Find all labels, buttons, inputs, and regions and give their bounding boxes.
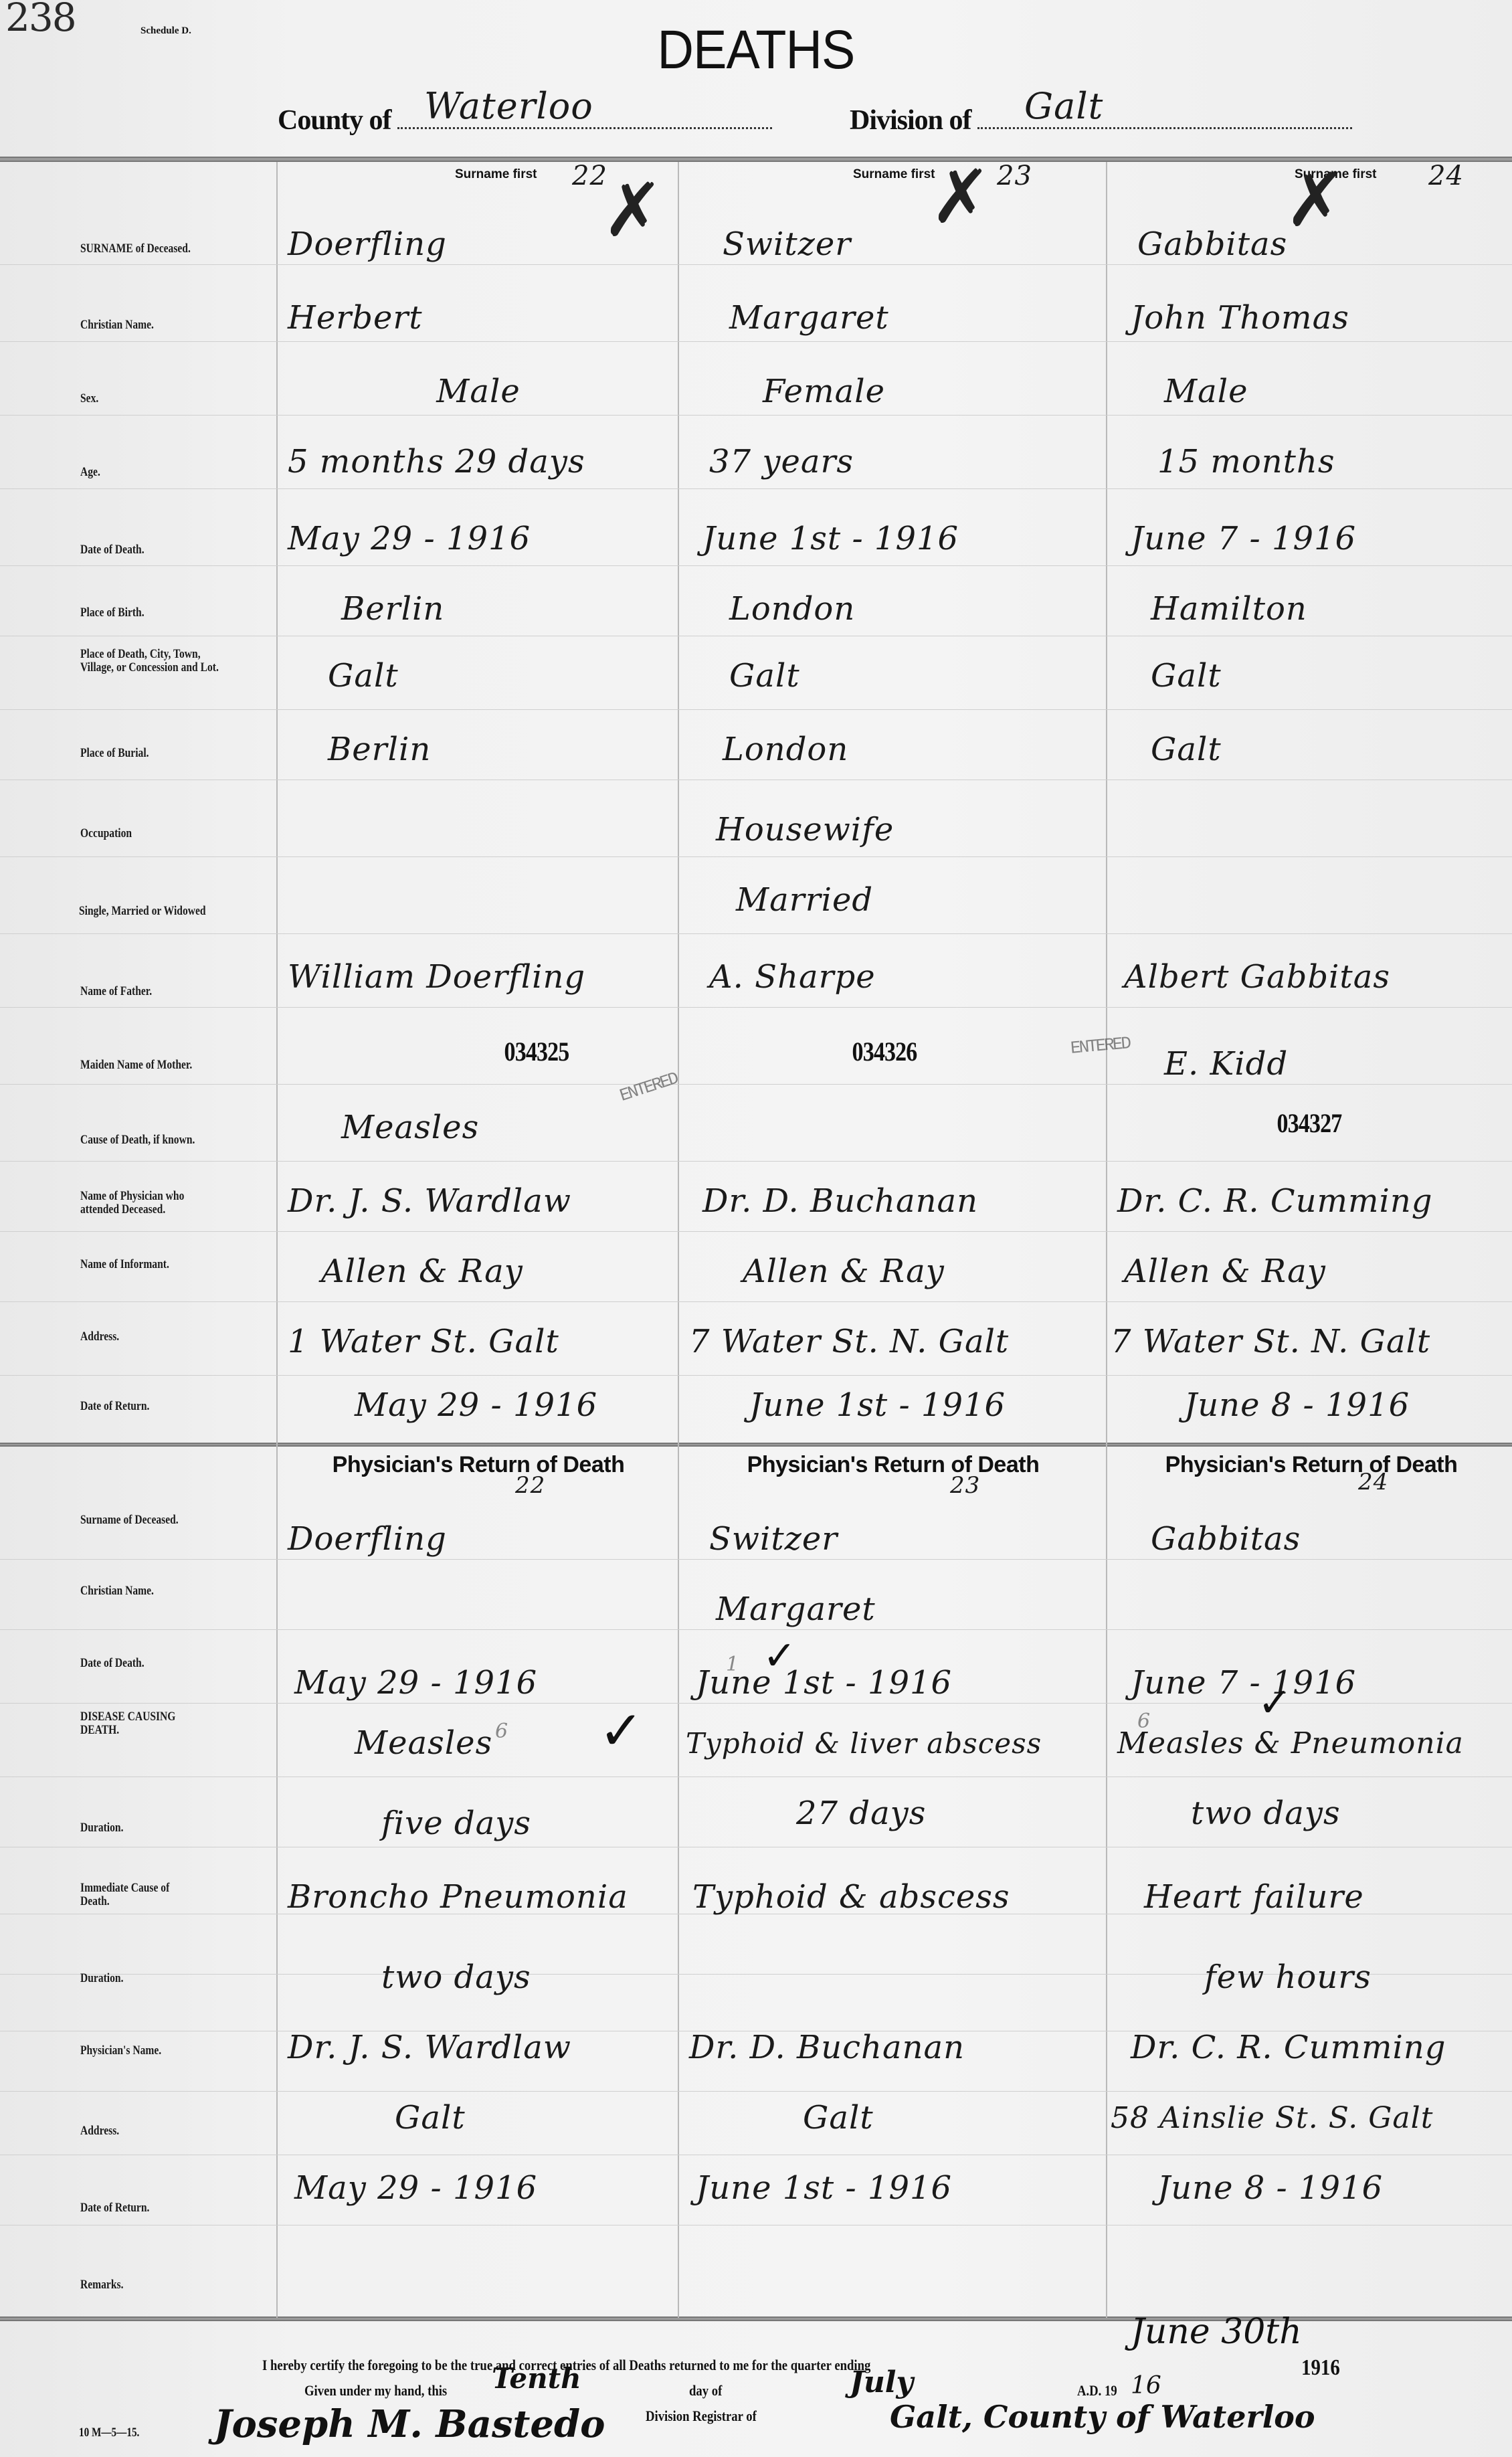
phys-label-surname: Surname of Deceased. xyxy=(80,1514,240,1527)
reg2-surname: Switzer xyxy=(682,214,1104,274)
physician-return-header-2: Physician's Return of Death xyxy=(682,1452,1104,1478)
division-field: Division of Galt xyxy=(850,100,1352,136)
reg3-christian-name: John Thomas xyxy=(1111,288,1512,348)
reg3-father: Albert Gabbitas xyxy=(1111,947,1512,1007)
label-place-of-death: Place of Death, City, Town, Village, or … xyxy=(80,648,234,674)
phys2-annotation: 1 xyxy=(726,1653,739,1676)
label-date-of-death: Date of Death. xyxy=(80,543,240,557)
reg1-father: William Doerfling xyxy=(281,947,676,1007)
column-divider-labels xyxy=(276,162,278,2318)
phys3-immediate-duration: few hours xyxy=(1111,1947,1512,2007)
registrar-signature: Joseph M. Bastedo xyxy=(214,2402,605,2446)
page-title: DEATHS xyxy=(60,19,1451,82)
division-value: Galt xyxy=(1024,85,1103,127)
reg2-marital-status: Married xyxy=(682,870,1104,930)
reg2-christian-name: Margaret xyxy=(682,288,1104,348)
phys3-physician-name: Dr. C. R. Cumming xyxy=(1111,2017,1512,2078)
phys3-surname: Gabbitas xyxy=(1111,1509,1512,1569)
reg3-place-of-burial: Galt xyxy=(1111,719,1512,780)
label-father: Name of Father. xyxy=(80,985,240,998)
phys-label-address: Address. xyxy=(80,2124,240,2138)
reg2-cause-of-death xyxy=(682,1097,1104,1158)
label-informant: Name of Informant. xyxy=(80,1258,240,1271)
reg3-place-of-birth: Hamilton xyxy=(1111,579,1512,639)
phys3-remarks xyxy=(1111,2255,1512,2315)
reg2-age: 37 years xyxy=(682,432,1104,492)
phys2-immediate-cause: Typhoid & abscess xyxy=(682,1867,1104,1927)
reg1-age: 5 months 29 days xyxy=(281,432,676,492)
phys1-immediate-cause: Broncho Pneumonia xyxy=(281,1867,676,1927)
reg1-date-of-death: May 29 - 1916 xyxy=(281,509,676,569)
phys2-disease: Typhoid & liver abscess xyxy=(682,1713,1104,1773)
column-divider-2-3 xyxy=(1106,162,1107,2318)
quarter-year-value: 1916 xyxy=(1301,2355,1340,2381)
reg2-place-of-birth: London xyxy=(682,579,1104,639)
phys3-address: 58 Ainslie St. S. Galt xyxy=(1111,2088,1512,2148)
phys-label-disease: DISEASE CAUSING DEATH. xyxy=(80,1710,201,1737)
phys2-christian-name: Margaret xyxy=(682,1579,1104,1639)
reg1-marital-status xyxy=(281,870,676,930)
quarter-ending-value: June 30th xyxy=(1131,2312,1302,2352)
reg3-date-of-return: June 8 - 1916 xyxy=(1111,1375,1512,1435)
registrar-of-value: Galt, County of Waterloo xyxy=(890,2399,1315,2435)
reg2-address: 7 Water St. N. Galt xyxy=(682,1311,1104,1372)
reg3-sex: Male xyxy=(1111,361,1512,422)
phys1-annotation: 6 xyxy=(495,1720,508,1743)
phys2-address: Galt xyxy=(682,2088,1104,2148)
reg1-physician: Dr. J. S. Wardlaw xyxy=(281,1171,676,1231)
phys3-date-of-return: June 8 - 1916 xyxy=(1111,2158,1512,2218)
reg2-sex: Female xyxy=(682,361,1104,422)
phys-label-date-of-return: Date of Return. xyxy=(80,2201,240,2215)
phys1-address: Galt xyxy=(281,2088,676,2148)
county-value: Waterloo xyxy=(424,85,593,127)
reg2-date-of-return: June 1st - 1916 xyxy=(682,1375,1104,1435)
ad-label: A.D. 19 xyxy=(1077,2382,1117,2399)
label-place-of-birth: Place of Birth. xyxy=(80,606,240,620)
label-mother-maiden-name: Maiden Name of Mother. xyxy=(80,1059,240,1072)
check-mark-icon: ✓ xyxy=(599,1700,644,1762)
label-occupation: Occupation xyxy=(80,827,240,840)
reg1-occupation xyxy=(281,800,676,860)
phys2-surname: Switzer xyxy=(682,1509,1104,1569)
phys1-christian-name xyxy=(281,1579,676,1639)
reg1-place-of-birth: Berlin xyxy=(281,579,676,639)
label-age: Age. xyxy=(80,466,240,479)
phys1-duration: five days xyxy=(281,1793,676,1853)
reg1-christian-name: Herbert xyxy=(281,288,676,348)
phys-label-immediate-cause: Immediate Cause of Death. xyxy=(80,1882,190,1908)
division-registrar-label: Division Registrar of xyxy=(646,2407,757,2425)
phys2-physician-name: Dr. D. Buchanan xyxy=(682,2017,1104,2078)
reg3-cause-of-death xyxy=(1111,1097,1512,1158)
label-date-of-return: Date of Return. xyxy=(80,1400,240,1413)
label-address: Address. xyxy=(80,1330,240,1344)
reg1-place-of-death: Galt xyxy=(281,646,676,706)
physician-entry-number-3: 24 xyxy=(1358,1469,1388,1495)
phys1-immediate-duration: two days xyxy=(281,1947,676,2007)
day-value: Tenth xyxy=(492,2362,581,2395)
surname-first-header-2: Surname first xyxy=(853,167,935,182)
label-place-of-burial: Place of Burial. xyxy=(80,747,240,760)
phys-label-remarks: Remarks. xyxy=(80,2278,240,2292)
reg1-cause-of-death: Measles xyxy=(281,1097,676,1158)
physician-entry-number-1: 22 xyxy=(515,1472,545,1499)
phys-label-physician-name: Physician's Name. xyxy=(80,2044,240,2058)
phys1-date-of-return: May 29 - 1916 xyxy=(281,2158,676,2218)
reg1-date-of-return: May 29 - 1916 xyxy=(281,1375,676,1435)
reg2-informant: Allen & Ray xyxy=(682,1241,1104,1301)
phys3-duration: two days xyxy=(1111,1783,1512,1843)
phys3-disease: Measles & Pneumonia xyxy=(1111,1713,1512,1773)
phys2-duration: 27 days xyxy=(682,1783,1104,1843)
phys3-christian-name xyxy=(1111,1579,1512,1639)
phys3-date-of-death: June 7 - 1916 xyxy=(1111,1653,1512,1713)
reg1-surname: Doerfling xyxy=(281,214,676,274)
reg3-age: 15 months xyxy=(1111,432,1512,492)
county-field: County of Waterloo xyxy=(278,100,772,136)
phys1-remarks xyxy=(281,2255,676,2315)
phys3-immediate-cause: Heart failure xyxy=(1111,1867,1512,1927)
physician-return-header-3: Physician's Return of Death xyxy=(1111,1452,1512,1478)
ad-year-value: 16 xyxy=(1131,2372,1161,2399)
physician-return-header-1: Physician's Return of Death xyxy=(281,1452,676,1478)
reg1-sex: Male xyxy=(281,361,676,422)
entry-number-2: 23 xyxy=(997,161,1032,191)
reg2-place-of-burial: London xyxy=(682,719,1104,780)
reg2-father: A. Sharpe xyxy=(682,947,1104,1007)
label-christian-name: Christian Name. xyxy=(80,318,240,332)
phys1-physician-name: Dr. J. S. Wardlaw xyxy=(281,2017,676,2078)
reg1-address: 1 Water St. Galt xyxy=(281,1311,676,1372)
reg3-surname: Gabbitas xyxy=(1111,214,1512,274)
county-label: County of xyxy=(278,105,391,136)
section-divider xyxy=(0,1443,1512,1447)
label-attending-physician: Name of Physician who attended Deceased. xyxy=(80,1190,217,1216)
reg1-informant: Allen & Ray xyxy=(281,1241,676,1301)
reg1-place-of-burial: Berlin xyxy=(281,719,676,780)
reg2-occupation: Housewife xyxy=(682,800,1104,860)
reg3-occupation xyxy=(1111,800,1512,860)
surname-first-header-1: Surname first xyxy=(455,167,537,182)
physician-entry-number-2: 23 xyxy=(950,1472,980,1499)
phys-label-date-of-death: Date of Death. xyxy=(80,1657,240,1670)
reg3-address: 7 Water St. N. Galt xyxy=(1111,1311,1512,1372)
label-surname: SURNAME of Deceased. xyxy=(80,242,240,256)
check-mark-icon: ✓ xyxy=(763,1633,796,1679)
day-of-label: day of xyxy=(689,2382,722,2399)
form-code: 10 M—5—15. xyxy=(79,2426,139,2440)
reg2-registration-number: 034326 xyxy=(852,1036,917,1067)
phys-label-duration: Duration. xyxy=(80,1821,240,1835)
column-divider-1-2 xyxy=(678,162,679,2318)
reg2-place-of-death: Galt xyxy=(682,646,1104,706)
division-label: Division of xyxy=(850,105,971,136)
phys2-remarks xyxy=(682,2255,1104,2315)
phys-label-christian-name: Christian Name. xyxy=(80,1584,240,1598)
phys2-date-of-return: June 1st - 1916 xyxy=(682,2158,1104,2218)
reg3-informant: Allen & Ray xyxy=(1111,1241,1512,1301)
entry-number-3: 24 xyxy=(1428,161,1464,191)
phys2-immediate-duration xyxy=(682,1947,1104,2007)
given-under-hand-label: Given under my hand, this xyxy=(304,2382,447,2399)
reg3-date-of-death: June 7 - 1916 xyxy=(1111,509,1512,569)
phys2-date-of-death: June 1st - 1916 xyxy=(682,1653,1104,1713)
phys-label-immediate-duration: Duration. xyxy=(80,1972,240,1985)
reg2-date-of-death: June 1st - 1916 xyxy=(682,509,1104,569)
reg1-registration-number: 034325 xyxy=(504,1036,569,1067)
reg2-physician: Dr. D. Buchanan xyxy=(682,1171,1104,1231)
month-value: July xyxy=(850,2365,913,2399)
reg3-physician: Dr. C. R. Cumming xyxy=(1111,1171,1512,1231)
reg3-mother-maiden-name: E. Kidd xyxy=(1111,1034,1512,1094)
label-sex: Sex. xyxy=(80,392,240,405)
label-marital-status: Single, Married or Widowed xyxy=(79,905,254,918)
death-register-page: 238 Schedule D. DEATHS County of Waterlo… xyxy=(0,0,1512,2457)
reg3-marital-status xyxy=(1111,870,1512,930)
phys1-surname: Doerfling xyxy=(281,1509,676,1569)
reg3-place-of-death: Galt xyxy=(1111,646,1512,706)
label-cause-of-death: Cause of Death, if known. xyxy=(80,1133,240,1147)
